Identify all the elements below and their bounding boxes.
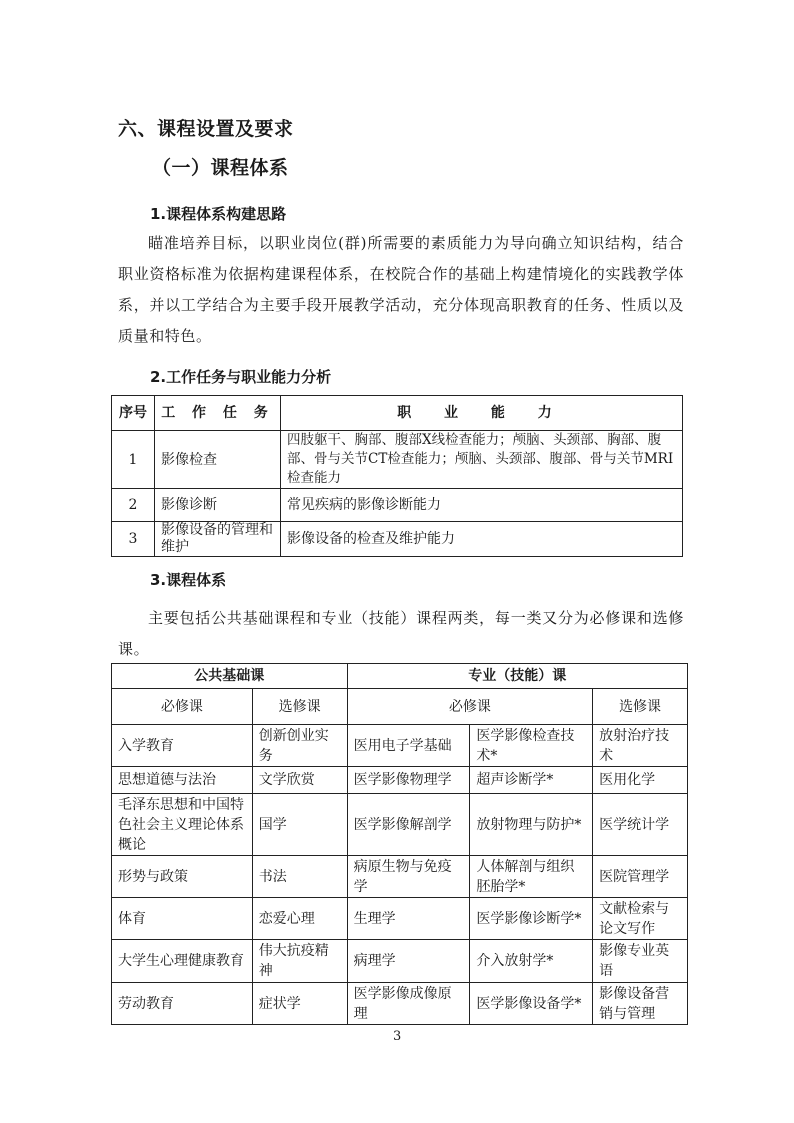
sub-header-row: 必修课 选修课 必修课 选修课 <box>112 689 688 725</box>
header-prof-required: 必修课 <box>347 689 593 725</box>
sub3-heading: 3.课程体系 <box>150 569 226 590</box>
cell: 医用电子学基础 <box>347 725 470 767</box>
table-row: 2 影像诊断 常见疾病的影像诊断能力 <box>112 489 683 522</box>
header-ability: 职 业 能 力 <box>281 396 683 431</box>
table-row: 体育 恋爱心理 生理学 医学影像诊断学* 文献检索与论文写作 <box>112 898 688 940</box>
cell: 文学欣赏 <box>252 767 347 794</box>
cell: 医学影像诊断学* <box>470 898 593 940</box>
cell: 劳动教育 <box>112 983 253 1025</box>
table-row: 思想道德与法治 文学欣赏 医学影像物理学 超声诊断学* 医用化学 <box>112 767 688 794</box>
sub3-paragraph: 主要包括公共基础课程和专业（技能）课程两类，每一类又分为必修课和选修课。 <box>118 603 684 665</box>
cell: 医学影像物理学 <box>347 767 470 794</box>
header-public-basic: 公共基础课 <box>112 664 348 689</box>
group-header-row: 公共基础课 专业（技能）课 <box>112 664 688 689</box>
cell-task: 影像检查 <box>155 431 281 489</box>
cell: 影像专业英语 <box>593 940 688 983</box>
header-public-required: 必修课 <box>112 689 253 725</box>
sub1-paragraph: 瞄准培养目标，以职业岗位(群)所需要的素质能力为导向确立知识结构，结合职业资格标… <box>118 228 684 352</box>
cell-no: 2 <box>112 489 155 522</box>
cell-ability: 常见疾病的影像诊断能力 <box>281 489 683 522</box>
cell: 放射治疗技术 <box>593 725 688 767</box>
table-header-row: 序号 工 作 任 务 职 业 能 力 <box>112 396 683 431</box>
section-title: 六、课程设置及要求 <box>118 114 294 141</box>
sub2-heading: 2.工作任务与职业能力分析 <box>150 366 331 387</box>
cell: 生理学 <box>347 898 470 940</box>
table-row: 入学教育 创新创业实务 医用电子学基础 医学影像检查技术* 放射治疗技术 <box>112 725 688 767</box>
table-row: 大学生心理健康教育 伟大抗疫精神 病理学 介入放射学* 影像专业英语 <box>112 940 688 983</box>
cell: 国学 <box>252 794 347 856</box>
cell: 大学生心理健康教育 <box>112 940 253 983</box>
header-no: 序号 <box>112 396 155 431</box>
cell: 放射物理与防护* <box>470 794 593 856</box>
cell-no: 3 <box>112 522 155 557</box>
cell: 医学影像解剖学 <box>347 794 470 856</box>
table-row: 毛泽东思想和中国特色社会主义理论体系概论 国学 医学影像解剖学 放射物理与防护*… <box>112 794 688 856</box>
cell: 超声诊断学* <box>470 767 593 794</box>
cell: 书法 <box>252 856 347 898</box>
cell: 体育 <box>112 898 253 940</box>
cell: 恋爱心理 <box>252 898 347 940</box>
cell: 介入放射学* <box>470 940 593 983</box>
table-row: 1 影像检查 四肢躯干、胸部、腹部X线检查能力；颅脑、头颈部、胸部、腹部、骨与关… <box>112 431 683 489</box>
header-task: 工 作 任 务 <box>155 396 281 431</box>
cell: 影像设备营销与管理 <box>593 983 688 1025</box>
header-professional: 专业（技能）课 <box>347 664 687 689</box>
cell: 入学教育 <box>112 725 253 767</box>
cell: 症状学 <box>252 983 347 1025</box>
cell: 形势与政策 <box>112 856 253 898</box>
cell: 医学影像设备学* <box>470 983 593 1025</box>
cell: 人体解剖与组织胚胎学* <box>470 856 593 898</box>
cell: 毛泽东思想和中国特色社会主义理论体系概论 <box>112 794 253 856</box>
cell-task: 影像设备的管理和维护 <box>155 522 281 557</box>
cell: 病理学 <box>347 940 470 983</box>
cell: 伟大抗疫精神 <box>252 940 347 983</box>
table-row: 劳动教育 症状学 医学影像成像原理 医学影像设备学* 影像设备营销与管理 <box>112 983 688 1025</box>
cell: 病原生物与免疫学 <box>347 856 470 898</box>
table-row: 3 影像设备的管理和维护 影像设备的检查及维护能力 <box>112 522 683 557</box>
cell: 医用化学 <box>593 767 688 794</box>
cell: 医院管理学 <box>593 856 688 898</box>
cell-no: 1 <box>112 431 155 489</box>
cell: 医学统计学 <box>593 794 688 856</box>
cell: 思想道德与法治 <box>112 767 253 794</box>
table-row: 形势与政策 书法 病原生物与免疫学 人体解剖与组织胚胎学* 医院管理学 <box>112 856 688 898</box>
cell-ability: 四肢躯干、胸部、腹部X线检查能力；颅脑、头颈部、胸部、腹部、骨与关节CT检查能力… <box>281 431 683 489</box>
section-subtitle: （一）课程体系 <box>152 153 289 180</box>
cell: 文献检索与论文写作 <box>593 898 688 940</box>
cell-ability: 影像设备的检查及维护能力 <box>281 522 683 557</box>
cell-task: 影像诊断 <box>155 489 281 522</box>
cell: 医学影像成像原理 <box>347 983 470 1025</box>
cell: 创新创业实务 <box>252 725 347 767</box>
cell: 医学影像检查技术* <box>470 725 593 767</box>
header-prof-elective: 选修课 <box>593 689 688 725</box>
course-system-table: 公共基础课 专业（技能）课 必修课 选修课 必修课 选修课 入学教育 创新创业实… <box>111 663 688 1025</box>
page-number: 3 <box>393 1029 401 1044</box>
header-public-elective: 选修课 <box>252 689 347 725</box>
task-ability-table: 序号 工 作 任 务 职 业 能 力 1 影像检查 四肢躯干、胸部、腹部X线检查… <box>111 395 683 557</box>
sub1-heading: 1.课程体系构建思路 <box>150 203 286 224</box>
